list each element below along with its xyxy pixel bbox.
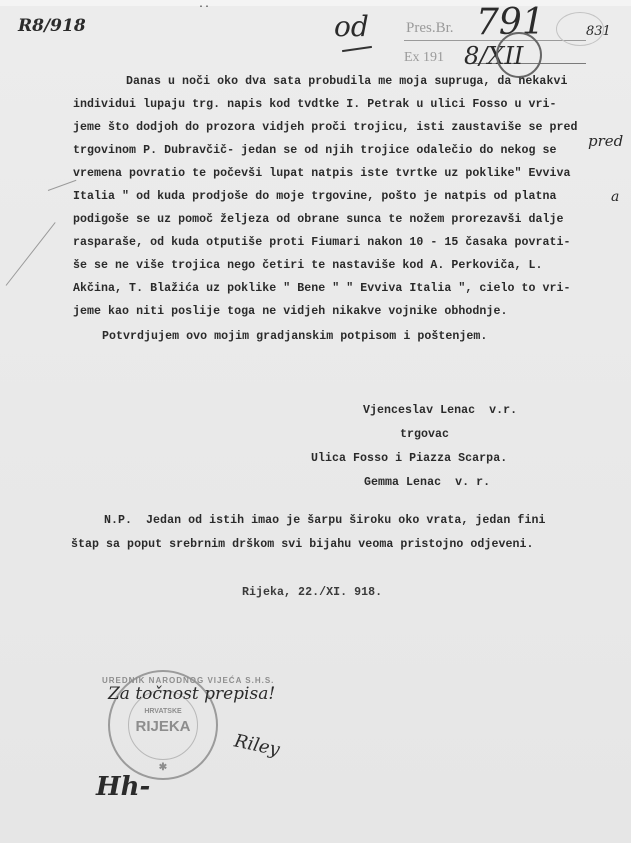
body-line-5: vremena povratio te počevši lupat natpis… [73,167,571,180]
body-line-10: Akčina, T. Blažića uz poklike " Bene " "… [73,282,571,295]
margin-correction-pred: pred [588,132,623,150]
dateline: Rijeka, 22./XI. 918. [242,586,382,599]
reference-number: R8/918 [18,16,86,36]
registry-stamp-label-2: Ex 191 [404,50,444,66]
seal-small-text: HRVATSKE [128,708,198,715]
body-line-8: rasparaše, od kuda otputiše proti Fiumar… [73,236,571,249]
initials: Hh- [96,772,150,802]
margin-correction-evviva: a [611,189,619,205]
postscript-line-2: štap sa poput srebrnim drškom svi bijahu… [71,538,534,551]
body-line-9: še se ne više trojica nego četiri te nas… [73,259,543,272]
signature-line-4: Gemma Lenac v. r. [364,476,490,489]
body-line-11: jeme kao niti poslije toga ne vidjeh nik… [73,305,507,318]
signature-line-1: Vjenceslav Lenac v.r. [363,404,517,417]
signature-line-2: trgovac [400,428,449,441]
signature-line-3: Ulica Fosso i Piazza Scarpa. [311,452,507,465]
certification-signature: Riley [232,730,281,760]
postscript-line-1: N.P. Jedan od istih imao je šarpu široku… [104,514,545,527]
od-underline [342,46,372,52]
margin-scratch-1 [6,222,56,286]
seal-star-icon: ✱ [155,762,171,773]
certification-note: Za točnost prepisa! [108,684,275,704]
body-line-2: individui lupaju trg. napis kod tvdtke I… [73,98,557,111]
body-line-3: jeme što dodjoh do prozora vidjeh proči … [73,121,578,134]
top-center-marks: .. [198,0,210,11]
document-page: .. R8/918 od Pres.Br. Ex 191 791 8/XII 8… [0,0,631,843]
body-line-4: trgovinom P. Dubravčič- jedan se od njih… [73,144,557,157]
small-round-stamp [496,32,542,78]
body-line-1: Danas u noči oko dva sata probudila me m… [126,75,567,88]
handwritten-od: od [334,10,369,43]
body-line-7: podigoše se uz pomoč željeza od obrane s… [73,213,564,226]
seal-center-text: RIJEKA [128,718,198,735]
registry-stamp-label-1: Pres.Br. [406,20,454,37]
body-line-6: Italia " od kuda prodjoše do moje trgovi… [73,190,557,203]
body-closing: Potvrdjujem ovo mojim gradjanskim potpis… [102,330,487,343]
top-right-number: 831 [586,24,611,39]
